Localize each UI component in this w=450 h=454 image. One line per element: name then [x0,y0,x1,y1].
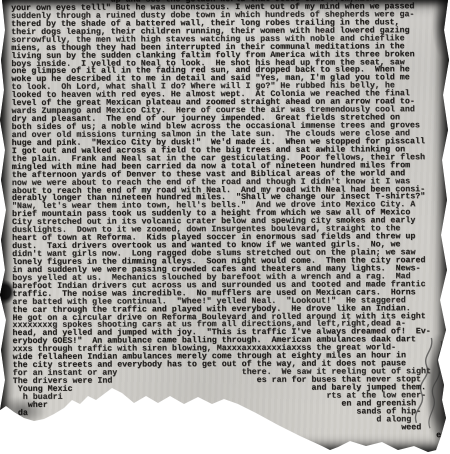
text-line: boys inside. I yelled to Neal to look. H… [11,59,449,69]
text-line: d along [13,416,450,426]
text-line: sorrowfully, the men with high staves wa… [11,35,449,45]
torn-paper-page: up and see the golden world that Jesus c… [0,0,450,454]
text-line: about to reach the end of my road with N… [12,186,450,196]
text-line: are batted with glee continual. "Whee!" … [12,297,450,307]
scan-background: up and see the golden world that Jesus c… [0,0,450,454]
typewritten-text: up and see the golden world that Jesus c… [11,0,450,441]
text-line: suddenly through a ruined dusty dobe tow… [11,11,449,21]
text-line: ed [13,432,450,442]
text-line: the plain. Frank and Neal sat in the car… [12,154,450,164]
